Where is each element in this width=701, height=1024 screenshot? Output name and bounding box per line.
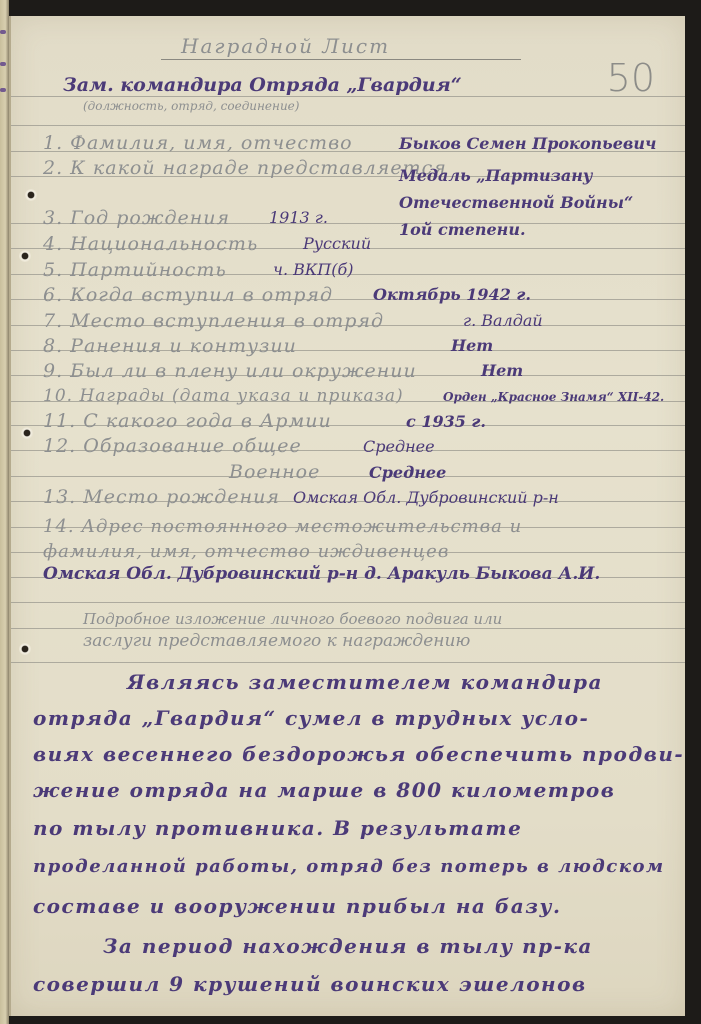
ink-mark bbox=[0, 62, 6, 66]
field-value: Среднее bbox=[363, 439, 435, 455]
narrative-line: проделанной работы, отряд без потерь в л… bbox=[33, 858, 665, 876]
document-title: Наградной Лист bbox=[181, 36, 390, 56]
field-label: Военное bbox=[229, 463, 320, 482]
field-value: Омская Обл. Дубровинский р-н д. Аракуль … bbox=[43, 566, 600, 583]
field-label: 12. Образование общее bbox=[43, 437, 302, 456]
field-label: 13. Место рождения bbox=[43, 488, 280, 507]
narrative-heading: заслуги представляемого к награждению bbox=[83, 633, 470, 650]
ink-mark bbox=[0, 30, 6, 34]
field-label: 10. Награды (дата указа и приказа) bbox=[43, 388, 404, 405]
field-value: Среднее bbox=[369, 465, 446, 481]
field-value: Омская Обл. Дубровинский р-н bbox=[293, 490, 559, 506]
field-label: 14. Адрес постоянного местожительства и … bbox=[43, 514, 603, 564]
title-underline bbox=[161, 59, 521, 60]
field-value: 1913 г. bbox=[269, 210, 328, 226]
binding-hole bbox=[21, 427, 33, 439]
narrative-line: жение отряда на марше в 800 километров bbox=[33, 780, 615, 800]
field-label: 3. Год рождения bbox=[43, 209, 230, 228]
field-value: Нет bbox=[451, 338, 493, 354]
nominee-position: Зам. командира Отряда „Гвардия“ bbox=[63, 76, 462, 95]
adjacent-page-edge bbox=[0, 0, 9, 1024]
binding-hole bbox=[19, 643, 31, 655]
narrative-heading: Подробное изложение личного боевого подв… bbox=[83, 612, 502, 627]
narrative-line: отряда „Гвардия“ сумел в трудных усло- bbox=[33, 708, 589, 728]
field-label: 7. Место вступления в отряд bbox=[43, 312, 384, 331]
narrative-line: Являясь заместителем командира bbox=[127, 672, 603, 692]
narrative-line: За период нахождения в тылу пр-ка bbox=[103, 936, 593, 956]
field-value: Быков Семен Прокопьевич bbox=[399, 136, 657, 152]
field-label: 5. Партийность bbox=[43, 261, 227, 280]
narrative-line: совершил 9 крушений воинских эшелонов bbox=[33, 974, 587, 994]
field-label: 9. Был ли в плену или окружении bbox=[43, 362, 417, 381]
field-label: 6. Когда вступил в отряд bbox=[43, 286, 333, 305]
field-value: Орден „Красное Знамя“ XII-42. bbox=[443, 391, 664, 403]
field-value: ч. ВКП(б) bbox=[273, 262, 353, 278]
narrative-line: по тылу противника. В результате bbox=[33, 818, 522, 838]
field-label: 2. К какой награде представляется bbox=[43, 159, 447, 178]
binding-hole bbox=[19, 250, 31, 262]
award-sheet: 50 Наградной Лист Зам. командира Отряда … bbox=[9, 16, 685, 1016]
field-value: Медаль „Партизану Отечественной Войны“ 1… bbox=[399, 162, 669, 243]
narrative-line: виях весеннего бездорожья обеспечить про… bbox=[33, 744, 684, 764]
field-value: Октябрь 1942 г. bbox=[373, 287, 531, 303]
ink-mark bbox=[0, 88, 6, 92]
position-caption: (должность, отряд, соединение) bbox=[83, 100, 299, 112]
field-label: 4. Национальность bbox=[43, 235, 258, 254]
field-value: с 1935 г. bbox=[406, 414, 486, 430]
binding-hole bbox=[25, 189, 37, 201]
field-value: Русский bbox=[303, 236, 371, 252]
field-label: 1. Фамилия, имя, отчество bbox=[43, 134, 353, 153]
field-value: г. Валдай bbox=[463, 313, 543, 329]
sheet-number: 50 bbox=[607, 56, 655, 100]
field-value: Нет bbox=[481, 363, 523, 379]
narrative-line: составе и вооружении прибыл на базу. bbox=[33, 896, 561, 916]
field-label: 11. С какого года в Армии bbox=[43, 412, 332, 431]
field-label: 8. Ранения и контузии bbox=[43, 337, 297, 356]
